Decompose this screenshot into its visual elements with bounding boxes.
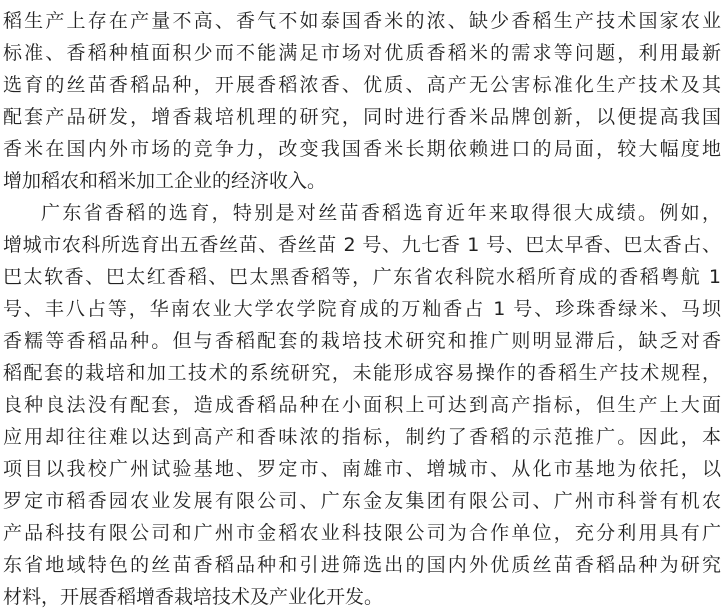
- text-line: 广东省香稻的选育，特别是对丝苗香稻选育近年来取得很大成绩。例如，: [3, 197, 721, 229]
- text-line: 增城市农科所选育出五香丝苗、香丝苗 2 号、九七香 1 号、巴太早香、巴太香占、: [3, 229, 721, 261]
- text-line: 罗定市稻香园农业发展有限公司、广东金友集团有限公司、广州市科誉有机农: [3, 485, 721, 517]
- text-line: 应用却往往难以达到高产和香味浓的指标，制约了香稻的示范推广。因此，本: [3, 421, 721, 453]
- text-line: 稻生产上存在产量不高、香气不如泰国香米的浓、缺少香稻生产技术国家农业: [3, 5, 721, 37]
- document-page: 稻生产上存在产量不高、香气不如泰国香米的浓、缺少香稻生产技术国家农业 标准、香稻…: [0, 0, 724, 616]
- text-line: 香糯等香稻品种。但与香稻配套的栽培技术研究和推广则明显滞后，缺乏对香: [3, 325, 721, 357]
- text-line: 选育的丝苗香稻品种，开展香稻浓香、优质、高产无公害标准化生产技术及其: [3, 69, 721, 101]
- text-line: 稻配套的栽培和加工技术的系统研究，未能形成容易操作的香稻生产技术规程，: [3, 357, 721, 389]
- paragraph-body: 广东省香稻的选育，特别是对丝苗香稻选育近年来取得很大成绩。例如， 增城市农科所选…: [3, 197, 721, 613]
- text-line: 项目以我校广州试验基地、罗定市、南雄市、增城市、从化市基地为依托，以: [3, 453, 721, 485]
- text-line: 良种良法没有配套，造成香稻品种在小面积上可达到高产指标，但生产上大面: [3, 389, 721, 421]
- text-line: 材料，开展香稻增香栽培技术及产业化开发。: [3, 581, 721, 613]
- paragraph-continuation: 稻生产上存在产量不高、香气不如泰国香米的浓、缺少香稻生产技术国家农业 标准、香稻…: [3, 5, 721, 197]
- text-line: 增加稻农和稻米加工企业的经济收入。: [3, 165, 721, 197]
- text-line: 标准、香稻种植面积少而不能满足市场对优质香稻米的需求等问题，利用最新: [3, 37, 721, 69]
- text-line: 巴太软香、巴太红香稻、巴太黑香稻等，广东省农科院水稻所育成的香稻粤航 1: [3, 261, 721, 293]
- text-line: 配套产品研发，增香栽培机理的研究，同时进行香米品牌创新，以便提高我国: [3, 101, 721, 133]
- text-line: 产品科技有限公司和广州市金稻农业科技限公司为合作单位，充分利用具有广: [3, 517, 721, 549]
- text-line: 东省地域特色的丝苗香稻品种和引进筛选出的国内外优质丝苗香稻品种为研究: [3, 549, 721, 581]
- text-line: 香米在国内外市场的竞争力，改变我国香米长期依赖进口的局面，较大幅度地: [3, 133, 721, 165]
- text-line: 号、丰八占等，华南农业大学农学院育成的万籼香占 1 号、珍珠香绿米、马坝: [3, 293, 721, 325]
